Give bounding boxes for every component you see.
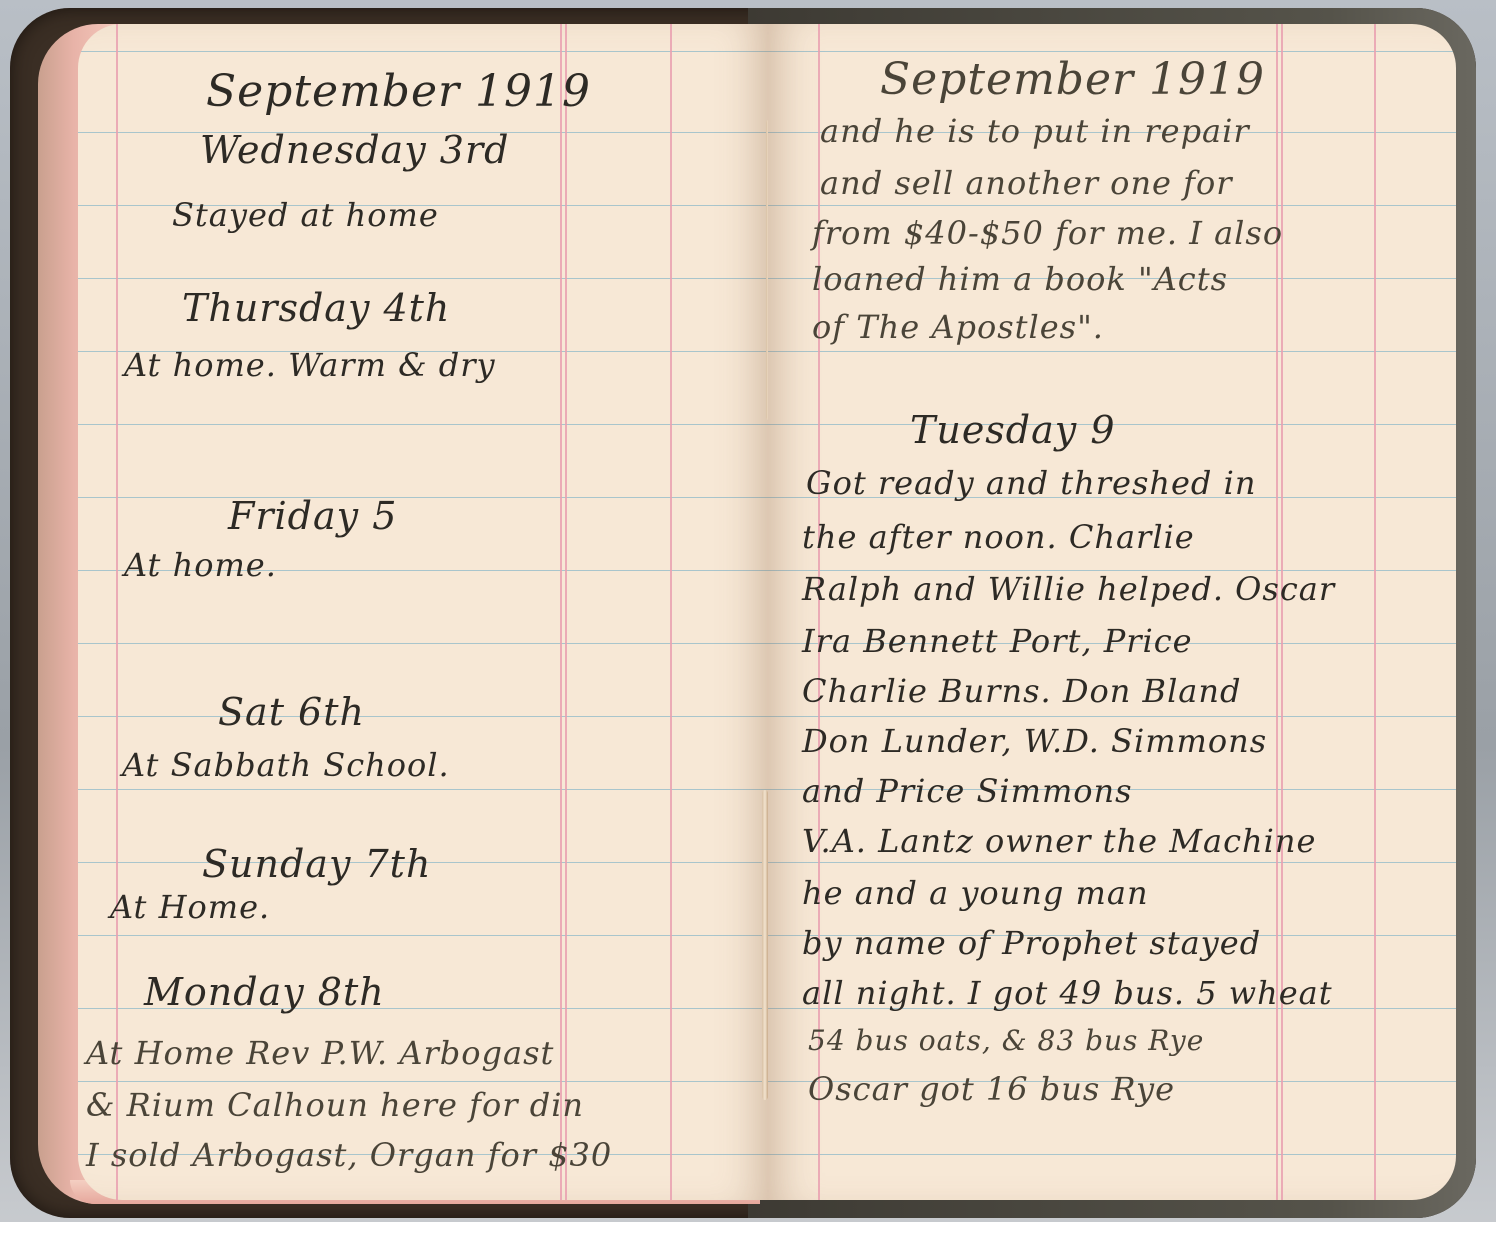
column-line bbox=[1276, 24, 1278, 1200]
column-line bbox=[1281, 24, 1283, 1200]
entry-day: Friday 5 bbox=[228, 494, 397, 538]
entry-text: Oscar got 16 bus Rye bbox=[808, 1070, 1175, 1108]
margin-line bbox=[116, 24, 118, 1200]
entry-text: 54 bus oats, & 83 bus Rye bbox=[808, 1024, 1204, 1057]
column-line bbox=[1374, 24, 1376, 1200]
entry-day: Sat 6th bbox=[218, 690, 365, 734]
continuation-text: loaned him a book "Acts bbox=[812, 260, 1228, 298]
entry-text: Ira Bennett Port, Price bbox=[802, 622, 1193, 660]
entry-day: Sunday 7th bbox=[202, 842, 431, 886]
entry-text: Don Lunder, W.D. Simmons bbox=[802, 722, 1267, 760]
entry-text: Charlie Burns. Don Bland bbox=[802, 672, 1241, 710]
continuation-text: and he is to put in repair bbox=[820, 112, 1250, 150]
entry-text: Ralph and Willie helped. Oscar bbox=[802, 570, 1335, 608]
entry-day: Thursday 4th bbox=[182, 286, 450, 330]
column-line bbox=[565, 24, 567, 1200]
entry-text: all night. I got 49 bus. 5 wheat bbox=[802, 974, 1333, 1012]
entry-text: At home. bbox=[124, 546, 277, 584]
entry-text: he and a young man bbox=[802, 874, 1149, 912]
page-header-date: September 1919 bbox=[880, 54, 1265, 105]
entry-text: & Rium Calhoun here for din bbox=[86, 1086, 584, 1124]
entry-text: the after noon. Charlie bbox=[802, 518, 1195, 556]
column-line bbox=[560, 24, 562, 1200]
entry-day: Wednesday 3rd bbox=[200, 128, 509, 172]
entry-text: by name of Prophet stayed bbox=[802, 924, 1261, 962]
right-page: September 1919 and he is to put in repai… bbox=[768, 24, 1456, 1200]
scan-border bbox=[0, 1222, 1496, 1240]
entry-text: Stayed at home bbox=[172, 196, 439, 234]
continuation-text: of The Apostles". bbox=[812, 308, 1104, 346]
continuation-text: from $40-$50 for me. I also bbox=[812, 214, 1283, 252]
entry-text: Got ready and threshed in bbox=[806, 464, 1256, 502]
entry-day: Tuesday 9 bbox=[910, 408, 1116, 452]
entry-text: and Price Simmons bbox=[802, 772, 1133, 810]
entry-text: I sold Arbogast, Organ for $30 bbox=[86, 1136, 612, 1174]
entry-text: At Home Rev P.W. Arbogast bbox=[86, 1034, 554, 1072]
continuation-text: and sell another one for bbox=[820, 164, 1233, 202]
left-page: September 1919 Wednesday 3rd Stayed at h… bbox=[78, 24, 768, 1200]
entry-text: V.A. Lantz owner the Machine bbox=[802, 822, 1316, 860]
entry-text: At home. Warm & dry bbox=[124, 346, 496, 384]
entry-day: Monday 8th bbox=[144, 970, 385, 1014]
entry-text: At Sabbath School. bbox=[122, 746, 450, 784]
page-header-date: September 1919 bbox=[206, 66, 591, 117]
entry-text: At Home. bbox=[110, 888, 270, 926]
column-line bbox=[670, 24, 672, 1200]
